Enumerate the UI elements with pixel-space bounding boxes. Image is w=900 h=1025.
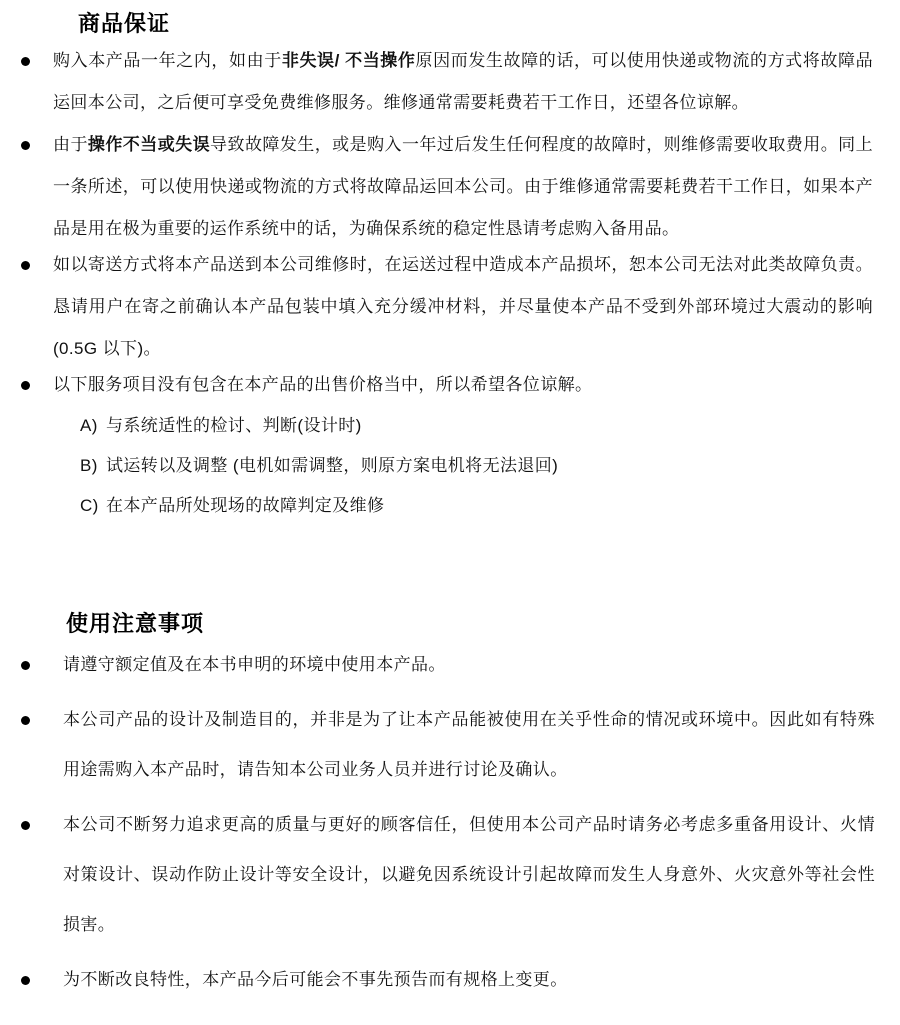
bullet-text: 本公司产品的设计及制造目的，并非是为了让本产品能被使用在关乎性命的情况或环境中。… <box>63 695 875 795</box>
service-item-label: B) <box>80 446 106 486</box>
excluded-services-list: A)与系统适性的检讨、判断(设计时) B)试运转以及调整 (电机如需调整，则原方… <box>80 406 900 526</box>
bullet-icon <box>21 716 30 725</box>
bullet-icon <box>21 57 30 66</box>
bullet-text: 由于操作不当或失误导致故障发生，或是购入一年过后发生任何程度的故障时，则维修需要… <box>53 124 873 250</box>
bullet-text: 为不断改良特性，本产品今后可能会不事先预告而有规格上变更。 <box>63 955 875 1005</box>
service-item-text: 试运转以及调整 (电机如需调整，则原方案电机将无法退回) <box>106 456 558 475</box>
bullet-text: 如以寄送方式将本产品送到本公司维修时，在运送过程中造成本产品损坏，恕本公司无法对… <box>53 244 873 370</box>
bullet-icon <box>21 821 30 830</box>
section-title-warranty: 商品保证 <box>78 8 900 40</box>
service-item-label: C) <box>80 486 106 526</box>
bullet-icon <box>21 141 30 150</box>
list-item: 请遵守额定值及在本书申明的环境中使用本产品。 <box>0 640 900 690</box>
service-item-text: 在本产品所处现场的故障判定及维修 <box>106 496 384 515</box>
bullet-icon <box>21 976 30 985</box>
bullet-text: 请遵守额定值及在本书申明的环境中使用本产品。 <box>63 640 875 690</box>
bullet-icon <box>21 661 30 670</box>
list-item: 本公司不断努力追求更高的质量与更好的顾客信任，但使用本公司产品时请务必考虑多重备… <box>0 800 900 950</box>
warranty-bullet-list: 购入本产品一年之内，如由于非失误/ 不当操作原因而发生故障的话，可以使用快递或物… <box>0 40 900 406</box>
section-title-precautions: 使用注意事项 <box>66 608 900 640</box>
bullet-text: 购入本产品一年之内，如由于非失误/ 不当操作原因而发生故障的话，可以使用快递或物… <box>53 40 873 124</box>
list-item: 由于操作不当或失误导致故障发生，或是购入一年过后发生任何程度的故障时，则维修需要… <box>0 124 900 250</box>
service-item-b: B)试运转以及调整 (电机如需调整，则原方案电机将无法退回) <box>80 446 900 486</box>
list-item: 如以寄送方式将本产品送到本公司维修时，在运送过程中造成本产品损坏，恕本公司无法对… <box>0 244 900 370</box>
bullet-icon <box>21 261 30 270</box>
section-product-warranty: 商品保证 购入本产品一年之内，如由于非失误/ 不当操作原因而发生故障的话，可以使… <box>0 8 900 526</box>
bullet-text: 以下服务项目没有包含在本产品的出售价格当中，所以希望各位谅解。 <box>53 364 873 406</box>
document-page: 商品保证 购入本产品一年之内，如由于非失误/ 不当操作原因而发生故障的话，可以使… <box>0 8 900 1025</box>
list-item: 为不断改良特性，本产品今后可能会不事先预告而有规格上变更。 <box>0 955 900 1005</box>
service-item-a: A)与系统适性的检讨、判断(设计时) <box>80 406 900 446</box>
bullet-text: 本公司不断努力追求更高的质量与更好的顾客信任，但使用本公司产品时请务必考虑多重备… <box>63 800 875 950</box>
service-item-label: A) <box>80 406 106 446</box>
list-item: 购入本产品一年之内，如由于非失误/ 不当操作原因而发生故障的话，可以使用快递或物… <box>0 40 900 124</box>
list-item: 本公司产品的设计及制造目的，并非是为了让本产品能被使用在关乎性命的情况或环境中。… <box>0 695 900 795</box>
section-usage-precautions: 使用注意事项 请遵守额定值及在本书申明的环境中使用本产品。 本公司产品的设计及制… <box>0 608 900 1005</box>
service-item-text: 与系统适性的检讨、判断(设计时) <box>106 416 362 435</box>
bullet-icon <box>21 381 30 390</box>
list-item: 以下服务项目没有包含在本产品的出售价格当中，所以希望各位谅解。 <box>0 364 900 406</box>
service-item-c: C)在本产品所处现场的故障判定及维修 <box>80 486 900 526</box>
precautions-bullet-list: 请遵守额定值及在本书申明的环境中使用本产品。 本公司产品的设计及制造目的，并非是… <box>0 640 900 1005</box>
